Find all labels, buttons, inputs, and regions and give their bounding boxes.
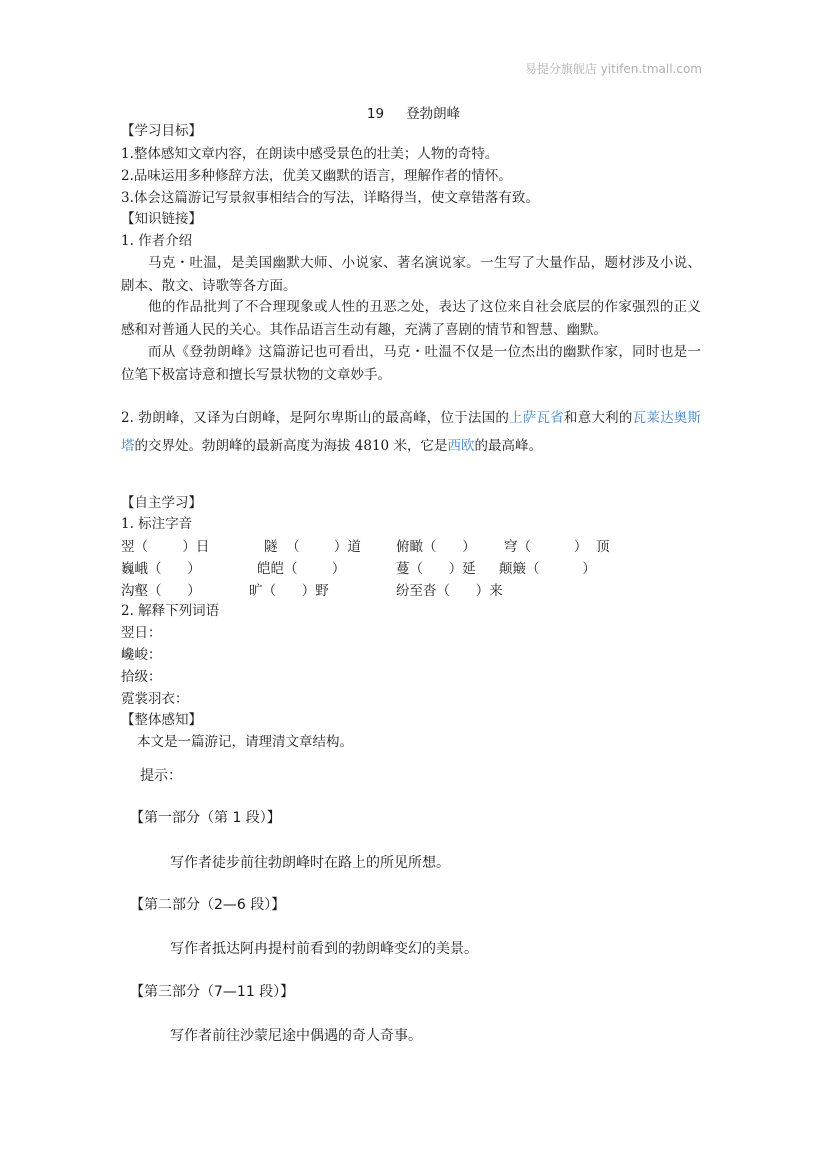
pinyin-heading: 1. 标注字音: [121, 513, 192, 535]
author-paragraph: 他的作品批判了不合理现象或人性的丑恶之处，表达了这位来自社会底层的作家强烈的正义…: [121, 296, 701, 341]
text-segment: 2. 勃朗峰，又译为白朗峰，是阿尔卑斯山的最高峰，位于法国的: [121, 410, 509, 426]
self-study-heading: 【自主学习】: [121, 492, 202, 514]
mont-blanc-paragraph: 2. 勃朗峰，又译为白朗峰，是阿尔卑斯山的最高峰，位于法国的上萨瓦省和意大利的瓦…: [121, 404, 701, 460]
objective-item: 2.品味运用多种修辞方法，优美又幽默的语言，理解作者的情怀。: [121, 165, 512, 187]
vocab-item: 霓裳羽衣：: [121, 688, 189, 710]
pinyin-item: 颠簸（ ）: [499, 557, 596, 577]
vocab-item: 翌日：: [121, 622, 162, 644]
part-description: 写作者抵达阿冉提村前看到的勃朗峰变幻的美景。: [170, 938, 478, 958]
objective-item: 3.体会这篇游记写景叙事相结合的写法，详略得当，使文章错落有致。: [121, 187, 539, 209]
part-title: 【第三部分（7—11 段）】: [130, 981, 294, 1001]
objectives-heading: 【学习目标】: [121, 120, 202, 142]
author-heading: 1. 作者介绍: [121, 230, 192, 252]
part-title: 【第一部分（第 1 段）】: [130, 807, 281, 827]
knowledge-heading: 【知识链接】: [121, 208, 202, 230]
overall-heading: 【整体感知】: [121, 709, 202, 731]
overall-intro: 本文是一篇游记，请理清文章结构。: [137, 731, 353, 753]
pinyin-item: 隧 （ ）道: [264, 535, 361, 555]
pinyin-item: 翌（ ）日: [121, 535, 209, 555]
author-paragraph: 而从《登勃朗峰》这篇游记也可看出，马克・吐温不仅是一位杰出的幽默作家，同时也是一…: [121, 341, 701, 386]
pinyin-item: 皑皑（ ）: [257, 557, 345, 577]
link-haute-savoie[interactable]: 上萨瓦省: [509, 410, 564, 426]
hint-label: 提示：: [140, 765, 182, 785]
part-description: 写作者徒步前往勃朗峰时在路上的所见所想。: [170, 852, 450, 872]
link-western-europe[interactable]: 西欧: [447, 438, 474, 454]
objective-item: 1.整体感知文章内容，在朗读中感受景色的壮美；人物的奇特。: [121, 143, 498, 165]
pinyin-item: 蔓（ ）延: [396, 557, 476, 577]
text-segment: 的最高峰。: [474, 438, 542, 454]
vocab-item: 拾级：: [121, 666, 162, 688]
pinyin-grid: 翌（ ）日 隧 （ ）道 俯瞰（ ） 穹（ ） 顶 巍峨（ ） 皑皑（ ） 蔓（…: [121, 535, 721, 601]
pinyin-item: 纷至沓（ ）来: [396, 579, 503, 599]
text-segment: 的交界处。勃朗峰的最新高度为海拔 4810 米，它是: [135, 438, 448, 454]
part-title: 【第二部分（2—6 段）】: [130, 894, 285, 914]
watermark: 易提分旗舰店 yitifen.tmall.com: [525, 60, 702, 77]
vocab-heading: 2. 解释下列词语: [121, 600, 219, 622]
part-description: 写作者前往沙蒙尼途中偶遇的奇人奇事。: [170, 1025, 422, 1045]
pinyin-item: 俯瞰（ ）: [396, 535, 476, 555]
author-paragraph: 马克・吐温，是美国幽默大师、小说家、著名演说家。一生写了大量作品，题材涉及小说、…: [121, 252, 701, 297]
pinyin-item: 穹（ ） 顶: [504, 535, 610, 555]
lesson-title: 登勃朗峰: [406, 106, 460, 122]
pinyin-item: 旷（ ）野: [249, 579, 329, 599]
lesson-number: 19: [367, 106, 384, 122]
text-segment: 和意大利的: [564, 410, 633, 426]
pinyin-item: 巍峨（ ）: [121, 557, 201, 577]
page-title: 19登勃朗峰: [0, 102, 827, 122]
pinyin-item: 沟壑（ ）: [121, 579, 201, 599]
vocab-item: 巉峻：: [121, 644, 162, 666]
